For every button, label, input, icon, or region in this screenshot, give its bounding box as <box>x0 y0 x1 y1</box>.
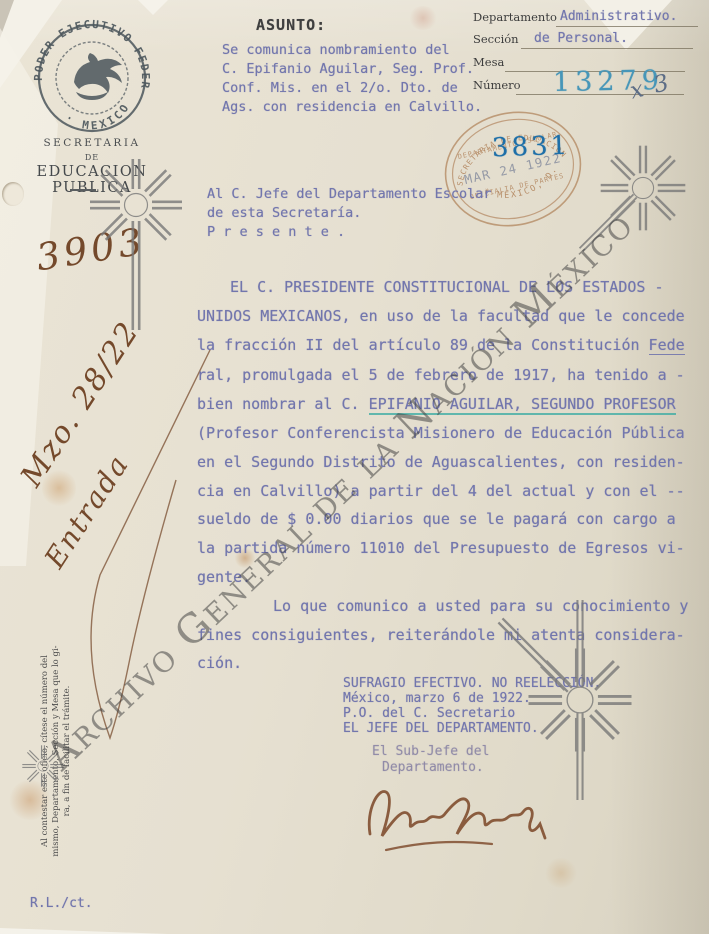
corner-shadow <box>0 0 18 40</box>
field-label-mesa: Mesa <box>473 55 504 69</box>
body-line: la partida número 11010 del Presupuesto … <box>197 541 685 556</box>
appointee-name-underlined: EPIFANIO AGUILAR, SEGUNDO PROFESOR <box>369 395 676 415</box>
po-line: P.O. del C. Secretario <box>343 706 515 721</box>
stain <box>544 858 578 888</box>
body-line: UNIDOS MEXICANOS, en uso de la facultad … <box>197 309 685 324</box>
asunto-label: ASUNTO: <box>256 16 326 34</box>
body-line: bien nombrar al C. EPIFANIO AGUILAR, SEG… <box>197 397 676 412</box>
asunto-line: Conf. Mis. en el 2/o. Dto. de <box>222 80 458 96</box>
asunto-line: Se comunica nombramiento del <box>222 42 450 58</box>
address-line: P r e s e n t e . <box>207 224 345 240</box>
body-line: ral, promulgada el 5 de febrero de 1917,… <box>197 368 685 383</box>
letterhead-rule <box>70 189 96 191</box>
body-line: EL C. PRESIDENTE CONSTITUCIONAL DE LOS E… <box>197 280 663 295</box>
typist-initials: R.L./ct. <box>30 896 93 911</box>
handwritten-signature <box>352 762 562 852</box>
bottom-edge-fold <box>0 924 170 934</box>
field-label-departamento: Departamento <box>473 10 557 24</box>
address-line: Al C. Jefe del Departamento Escolar <box>207 186 491 202</box>
stain <box>408 6 438 30</box>
body-text-underlined: Fede <box>649 336 685 355</box>
body-line: (Profesor Conferencista Misionero de Edu… <box>197 426 685 441</box>
field-value-seccion: de Personal. <box>534 31 628 46</box>
body-line: cia en Calvillo) a partir del 4 del actu… <box>197 484 685 499</box>
asunto-line: Ags. con residencia en Calvillo. <box>222 99 482 115</box>
body-text: la fracción II del artículo 89 de la Con… <box>197 336 649 354</box>
field-label-numero: Número <box>473 78 521 92</box>
margin-note-line: mismo, Departamento, Sección y Mesa que … <box>51 640 62 862</box>
body-line: la fracción II del artículo 89 de la Con… <box>197 338 685 353</box>
closing-line: fines consiguientes, reiterándole mi ate… <box>197 628 685 643</box>
field-label-seccion: Sección <box>473 32 519 46</box>
letterhead-secretaria: SECRETARIA <box>32 137 152 149</box>
eagle-icon <box>74 53 122 100</box>
closing-line: Lo que comunico a usted para su conocimi… <box>197 599 688 614</box>
body-text: bien nombrar al C. <box>197 395 369 413</box>
field-rule <box>521 47 693 49</box>
body-line: gente. <box>197 570 251 585</box>
date-line: México, marzo 6 de 1922. <box>343 691 531 706</box>
government-seal: PODER EJECUTIVO FEDERAL · MEXICO · <box>26 12 158 144</box>
address-line: de esta Secretaría. <box>207 205 361 221</box>
sufragio-line: SUFRAGIO EFECTIVO. NO REELECCIÓN. <box>343 676 601 691</box>
scanned-letter-page: PODER EJECUTIVO FEDERAL · MEXICO · SECRE… <box>0 0 709 934</box>
asunto-line: C. Epifanio Aguilar, Seg. Prof. <box>222 61 474 77</box>
letterhead-de: DE <box>32 153 152 162</box>
handwritten-folio: 3903 <box>33 220 149 280</box>
margin-note-line: ra, a fin de facilitar el trámite. <box>62 640 73 862</box>
margin-instruction-note: Al contestar este oficio, cítese el núme… <box>40 640 73 862</box>
entry-number-stamp: 3831 <box>492 131 571 164</box>
field-rule <box>556 25 698 27</box>
body-line: sueldo de $ 0.00 diarios que se le pagar… <box>197 512 676 527</box>
body-line: en el Segundo Distrito de Aguascalientes… <box>197 455 685 470</box>
closing-line: ción. <box>197 656 242 671</box>
letterhead-educacion-publica: EDUCACION PUBLICA <box>2 164 182 196</box>
jefe-line: EL JEFE DEL DEPARTAMENTO. <box>343 721 539 736</box>
margin-note-line: Al contestar este oficio, cítese el núme… <box>40 640 51 862</box>
subjefe-stamp-line: El Sub-Jefe del <box>372 744 489 759</box>
field-value-departamento: Administrativo. <box>560 9 677 24</box>
